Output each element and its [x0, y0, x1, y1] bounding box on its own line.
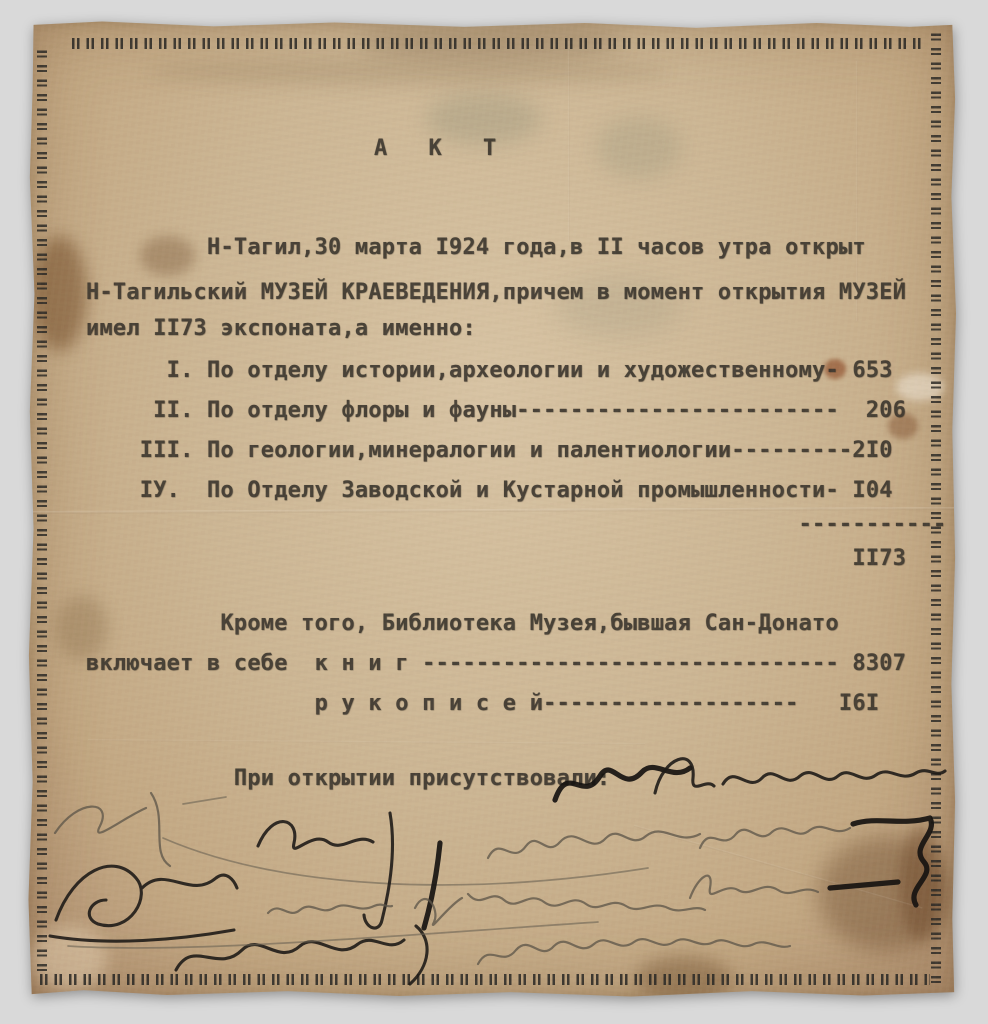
- fold-crease: [634, 825, 923, 910]
- subtotal-dashes: -----------: [86, 512, 947, 538]
- intro-line-3: имел II73 экспоната,а именно:: [86, 316, 476, 342]
- present-line: При открытии присутствовали:: [86, 766, 610, 792]
- intro-line-1: Н-Тагил,30 марта I924 года,в II часов ут…: [86, 235, 866, 261]
- act-title: А К Т: [374, 136, 502, 162]
- item-line-3: III. По геологии,минералогии и палентиол…: [86, 438, 893, 464]
- typed-border-right: [931, 29, 941, 983]
- typed-border-left: [37, 43, 47, 971]
- library-line-1: Кроме того, Библиотека Музея,бывшая Сан-…: [86, 611, 839, 637]
- stain: [596, 117, 681, 179]
- total-value: II73: [86, 546, 906, 572]
- item-line-4: IУ. По Отделу Заводской и Кустарной пром…: [86, 478, 893, 504]
- library-line-3: р у к о п и с е й------------------- I6I: [86, 691, 879, 717]
- typed-border-bottom: [40, 974, 930, 985]
- stain: [148, 59, 668, 85]
- library-line-2: включает в себе к н и г ----------------…: [86, 651, 906, 677]
- typed-border-top: [72, 38, 924, 49]
- fold-crease: [568, 41, 570, 241]
- item-line-2: II. По отделу флоры и фауны-------------…: [86, 398, 906, 424]
- document-paper: А К Т Н-Тагил,30 марта I924 года,в II ча…: [28, 21, 956, 997]
- fold-crease: [88, 739, 645, 745]
- intro-line-2: Н-Тагильский МУЗЕЙ КРАЕВЕДЕНИЯ,причем в …: [86, 280, 906, 306]
- paper-grain: [28, 21, 956, 997]
- item-line-1: I. По отделу истории,археологии и художе…: [86, 358, 893, 384]
- scan-background: А К Т Н-Тагил,30 марта I924 года,в II ча…: [0, 0, 988, 1024]
